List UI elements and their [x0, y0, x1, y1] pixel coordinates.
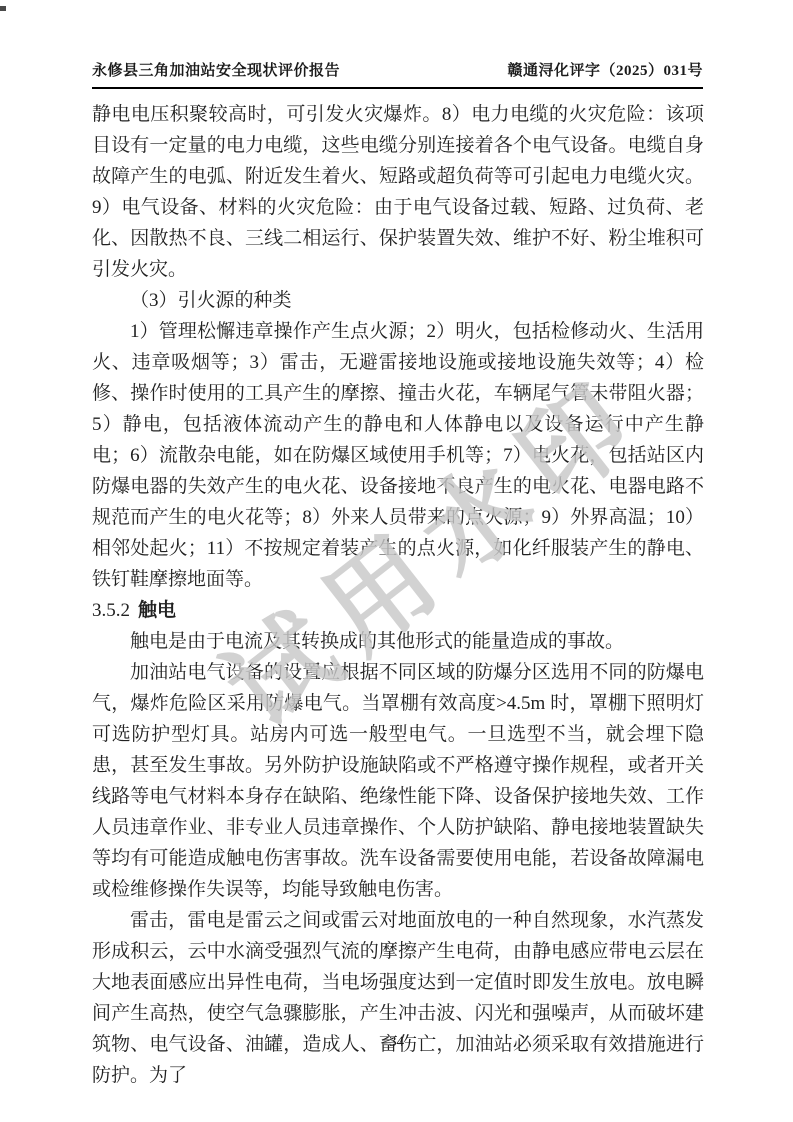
paragraph: 触电是由于电流及其转换成的其他形式的能量造成的事故。 — [92, 626, 704, 657]
section-heading-number: 3.5.2 — [92, 600, 130, 621]
section-heading: 3.5.2触电 — [92, 595, 704, 626]
page-header: 永修县三角加油站安全现状评价报告 赣通浔化评字（2025）031号 — [92, 59, 703, 89]
paragraph: （3）引火源的种类 — [92, 285, 704, 316]
page-number: 34 — [389, 1034, 404, 1050]
scan-artifact — [0, 6, 6, 11]
paragraph: 1）管理松懈违章操作产生点火源；2）明火，包括检修动火、生活用火、违章吸烟等；3… — [92, 316, 704, 595]
paragraph: 加油站电气设备的设置应根据不同区域的防爆分区选用不同的防爆电气，爆炸危险区采用防… — [92, 657, 704, 905]
header-doc-number: 赣通浔化评字（2025）031号 — [507, 59, 703, 80]
paragraph: 静电电压积聚较高时，可引发火灾爆炸。8）电力电缆的火灾危险：该项目设有一定量的电… — [92, 99, 704, 285]
document-body: 静电电压积聚较高时，可引发火灾爆炸。8）电力电缆的火灾危险：该项目设有一定量的电… — [92, 99, 704, 1091]
document-page: 永修县三角加油站安全现状评价报告 赣通浔化评字（2025）031号 静电电压积聚… — [0, 0, 793, 1122]
page-footer: 34 — [0, 1034, 793, 1051]
section-heading-text: 触电 — [138, 600, 176, 621]
header-report-title: 永修县三角加油站安全现状评价报告 — [92, 59, 340, 80]
paragraph: 雷击，雷电是雷云之间或雷云对地面放电的一种自然现象，水汽蒸发形成积云，云中水滴受… — [92, 905, 704, 1091]
